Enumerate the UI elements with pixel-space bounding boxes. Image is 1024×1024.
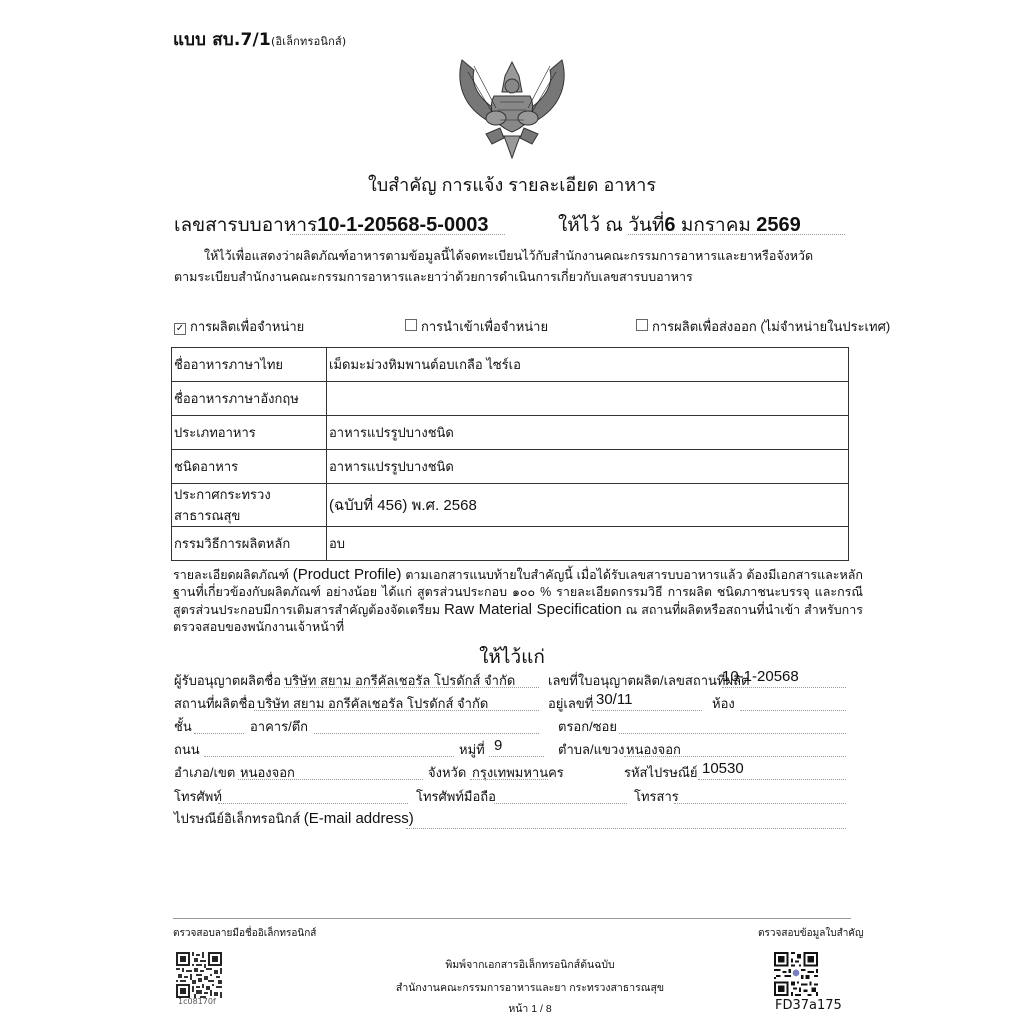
row-key: กรรมวิธีการผลิตหลัก (172, 527, 327, 561)
dotline (238, 779, 423, 780)
dotline (254, 710, 539, 711)
food-info-table: ชื่ออาหารภาษาไทย เม็ดมะม่วงหิมพานต์อบเกล… (171, 347, 849, 561)
dotline (489, 756, 544, 757)
subdistrict-label: ตำบล/แขวง (558, 739, 625, 760)
license-no-label: เลขที่ใบอนุญาตผลิต/เลขสถานที่ผลิต (548, 670, 750, 691)
form-code-sub: (อิเล็กทรอนิกส์) (271, 35, 346, 48)
document-title: ใบสำคัญ การแจ้ง รายละเอียด อาหาร (0, 170, 1024, 199)
email-row: ไปรษณีย์อิเล็กทรอนิกส์ (E-mail address) (174, 808, 846, 830)
dotline (204, 756, 454, 757)
house-no-label: อยู่เลขที่ (548, 693, 593, 714)
moo-label: หมู่ที่ (459, 739, 485, 760)
certificate-qr-id: FD37a175 (775, 998, 842, 1013)
row-key: ประเภทอาหาร (172, 416, 327, 450)
road-row: ถนน หมู่ที่ 9 ตำบล/แขวง หนองจอก (174, 739, 846, 761)
mobile-label: โทรศัพท์มือถือ (416, 786, 496, 807)
house-no-value: 30/11 (596, 691, 632, 708)
dotline (674, 803, 846, 804)
site-label: สถานที่ผลิตชื่อ (174, 693, 255, 714)
dotline (314, 733, 539, 734)
checkbox-empty-icon[interactable] (636, 319, 648, 331)
postcode-label: รหัสไปรษณีย์ (624, 762, 698, 783)
floor-row: ชั้น อาคาร/ตึก ตรอก/ซอย (174, 716, 846, 738)
certificate-check-label: ตรวจสอบข้อมูลใบสำคัญ (758, 926, 864, 941)
purpose-label: การนำเข้าเพื่อจำหน่าย (421, 319, 548, 334)
registration-label: เลขสารบบอาหาร (174, 215, 317, 236)
licensee-row: ผู้รับอนุญาตผลิตชื่อ บริษัท สยาม อกรีคัล… (174, 670, 846, 692)
row-value: (ฉบับที่ 456) พ.ศ. 2568 (327, 484, 849, 527)
signature-qr-code-icon[interactable] (176, 952, 222, 998)
issue-date: ให้ไว้ ณ วันที่6 มกราคม 2569 (558, 210, 801, 240)
table-row: ชื่ออาหารภาษาไทย เม็ดมะม่วงหิมพานต์อบเกล… (172, 348, 849, 382)
row-value: เม็ดมะม่วงหิมพานต์อบเกลือ ไซร์เอ (327, 348, 849, 382)
intro-line-1: ให้ไว้เพื่อแสดงว่าผลิตภัณฑ์อาหารตามข้อมู… (204, 249, 813, 263)
purpose-option-manufacture[interactable]: ✓การผลิตเพื่อจำหน่าย (174, 316, 304, 337)
purpose-label: การผลิตเพื่อจำหน่าย (190, 319, 304, 334)
dotline (592, 710, 702, 711)
fax-label: โทรสาร (634, 786, 679, 807)
table-row: ประเภทอาหาร อาหารแปรรูปบางชนิด (172, 416, 849, 450)
dotline (740, 710, 846, 711)
registration-dotline (290, 234, 505, 235)
dotline (284, 687, 539, 688)
row-key: ชื่ออาหารภาษาไทย (172, 348, 327, 382)
row-key: ชนิดอาหาร (172, 450, 327, 484)
table-row: กรรมวิธีการผลิตหลัก อบ (172, 527, 849, 561)
registration-value: 10-1-20568-5-0003 (317, 214, 488, 236)
table-row: ประกาศกระทรวงสาธารณสุข (ฉบับที่ 456) พ.ศ… (172, 484, 849, 527)
intro-line-2: ตามระเบียบสำนักงานคณะกรรมการอาหารและยาว่… (174, 270, 693, 284)
email-label: ไปรษณีย์อิเล็กทรอนิกส์ (E-mail address) (174, 808, 414, 829)
dotline (406, 828, 846, 829)
district-label: อำเภอ/เขต (174, 762, 235, 783)
profile-text-en: Raw Material Specification (444, 601, 622, 618)
dotline (494, 803, 627, 804)
phone-label: โทรศัพท์ (174, 786, 222, 807)
profile-text: รายละเอียดผลิตภัณฑ์ (173, 568, 293, 582)
checkbox-checked-icon[interactable]: ✓ (174, 323, 186, 335)
signature-check-label: ตรวจสอบลายมือชื่ออิเล็กทรอนิกส์ (173, 926, 316, 941)
date-dotline (628, 234, 845, 235)
row-value: อบ (327, 527, 849, 561)
dotline (624, 756, 846, 757)
dotline (470, 779, 548, 780)
checkbox-empty-icon[interactable] (405, 319, 417, 331)
intro-paragraph: ให้ไว้เพื่อแสดงว่าผลิตภัณฑ์อาหารตามข้อมู… (174, 246, 854, 288)
date-day: 6 (664, 214, 675, 236)
moo-value: 9 (494, 737, 502, 754)
floor-label: ชั้น (174, 716, 192, 737)
row-key: ชื่ออาหารภาษาอังกฤษ (172, 382, 327, 416)
certificate-qr-code-icon[interactable] (774, 952, 818, 996)
email-label-th: ไปรษณีย์อิเล็กทรอนิกส์ (174, 811, 304, 826)
district-row: อำเภอ/เขต หนองจอก จังหวัด กรุงเทพมหานคร … (174, 762, 846, 784)
phone-row: โทรศัพท์ โทรศัพท์มือถือ โทรสาร (174, 786, 846, 808)
site-row: สถานที่ผลิตชื่อ บริษัท สยาม อกรีคัลเชอรั… (174, 693, 846, 715)
row-value: อาหารแปรรูปบางชนิด (327, 416, 849, 450)
registration-number: เลขสารบบอาหาร10-1-20568-5-0003 (174, 210, 488, 240)
product-profile-paragraph: รายละเอียดผลิตภัณฑ์ (Product Profile) ตา… (173, 566, 863, 636)
purpose-label: การผลิตเพื่อส่งออก (ไม่จำหน่ายในประเทศ) (652, 319, 890, 334)
garuda-emblem-icon (452, 52, 572, 162)
license-no-value: 10-1-20568 (722, 668, 799, 685)
footer-divider (173, 918, 851, 919)
row-value: อาหารแปรรูปบางชนิด (327, 450, 849, 484)
table-row: ชนิดอาหาร อาหารแปรรูปบางชนิด (172, 450, 849, 484)
dotline (698, 779, 846, 780)
alley-label: ตรอก/ซอย (558, 716, 617, 737)
province-label: จังหวัด (428, 762, 466, 783)
road-label: ถนน (174, 739, 200, 760)
date-month: มกราคม (681, 215, 751, 236)
dotline (218, 803, 408, 804)
agency-line: สำนักงานคณะกรรมการอาหารและยา กระทรวงสาธา… (380, 979, 680, 996)
date-year: 2569 (756, 214, 801, 236)
form-code-main: แบบ สบ.7/1 (173, 30, 271, 50)
room-label: ห้อง (712, 693, 735, 714)
licensee-label: ผู้รับอนุญาตผลิตชื่อ (174, 670, 281, 691)
profile-text-en: (Product Profile) (293, 566, 402, 583)
print-source-line: พิมพ์จากเอกสารอิเล็กทรอนิกส์ต้นฉบับ (380, 956, 680, 973)
row-value (327, 382, 849, 416)
table-row: ชื่ออาหารภาษาอังกฤษ (172, 382, 849, 416)
postcode-value: 10530 (702, 760, 744, 777)
issued-to-title: ให้ไว้แก่ (0, 642, 1024, 672)
dotline (194, 733, 244, 734)
purpose-option-import[interactable]: การนำเข้าเพื่อจำหน่าย (405, 316, 548, 337)
form-code: แบบ สบ.7/1(อิเล็กทรอนิกส์) (173, 26, 346, 53)
dotline (619, 733, 846, 734)
row-key: ประกาศกระทรวงสาธารณสุข (172, 484, 327, 527)
signature-qr-id: 1c08170f (178, 997, 216, 1006)
page-number: หน้า 1 / 8 (380, 1000, 680, 1017)
purpose-option-export[interactable]: การผลิตเพื่อส่งออก (ไม่จำหน่ายในประเทศ) (636, 316, 890, 337)
building-label: อาคาร/ตึก (250, 716, 308, 737)
dotline (722, 687, 846, 688)
email-label-en: (E-mail address) (304, 810, 414, 827)
date-label: ให้ไว้ ณ วันที่ (558, 215, 664, 236)
